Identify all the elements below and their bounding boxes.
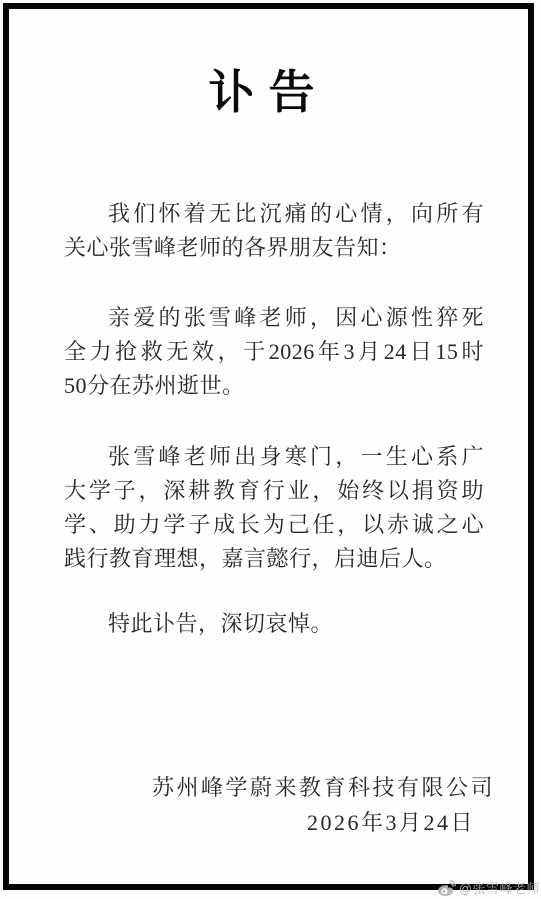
text-line: 践行教育理想，嘉言懿行，启迪后人。	[64, 542, 484, 576]
text-line: 全力抢救无效，于2026年3月24日15时	[64, 335, 484, 369]
obituary-page: 讣告 我们怀着无比沉痛的心情，向所有 关心张雪峰老师的各界朋友告知： 亲爱的张雪…	[3, 3, 534, 890]
weibo-icon	[437, 880, 456, 897]
text-line: 学、助力学子成长为己任，以赤诚之心	[64, 508, 484, 542]
signature-block: 苏州峰学蔚来教育科技有限公司 2026年3月24日	[9, 771, 528, 840]
watermark-text: @张雪峰老师	[459, 880, 540, 897]
text-line: 大学子，深耕教育行业，始终以捐资助	[64, 474, 484, 508]
text-line: 我们怀着无比沉痛的心情，向所有	[64, 197, 484, 231]
paragraph-opening: 我们怀着无比沉痛的心情，向所有 关心张雪峰老师的各界朋友告知：	[64, 197, 484, 265]
obituary-body: 我们怀着无比沉痛的心情，向所有 关心张雪峰老师的各界朋友告知： 亲爱的张雪峰老师…	[64, 197, 484, 641]
page-title: 讣告	[9, 63, 528, 121]
paragraph-death-announcement: 亲爱的张雪峰老师，因心源性猝死 全力抢救无效，于2026年3月24日15时 50…	[64, 301, 484, 403]
text-line: 特此讣告，深切哀悼。	[64, 607, 484, 641]
text-line: 关心张雪峰老师的各界朋友告知：	[64, 231, 484, 265]
paragraph-biography: 张雪峰老师出身寒门，一生心系广 大学子，深耕教育行业，始终以捐资助 学、助力学子…	[64, 440, 484, 576]
signature-date: 2026年3月24日	[9, 806, 528, 840]
watermark: @张雪峰老师	[437, 880, 540, 897]
text-line: 50分在苏州逝世。	[64, 369, 484, 403]
obituary-image: 讣告 我们怀着无比沉痛的心情，向所有 关心张雪峰老师的各界朋友告知： 亲爱的张雪…	[0, 0, 541, 899]
signature-company: 苏州峰学蔚来教育科技有限公司	[9, 771, 528, 805]
text-line: 亲爱的张雪峰老师，因心源性猝死	[64, 301, 484, 335]
text-line: 张雪峰老师出身寒门，一生心系广	[64, 440, 484, 474]
paragraph-condolence: 特此讣告，深切哀悼。	[64, 607, 484, 641]
